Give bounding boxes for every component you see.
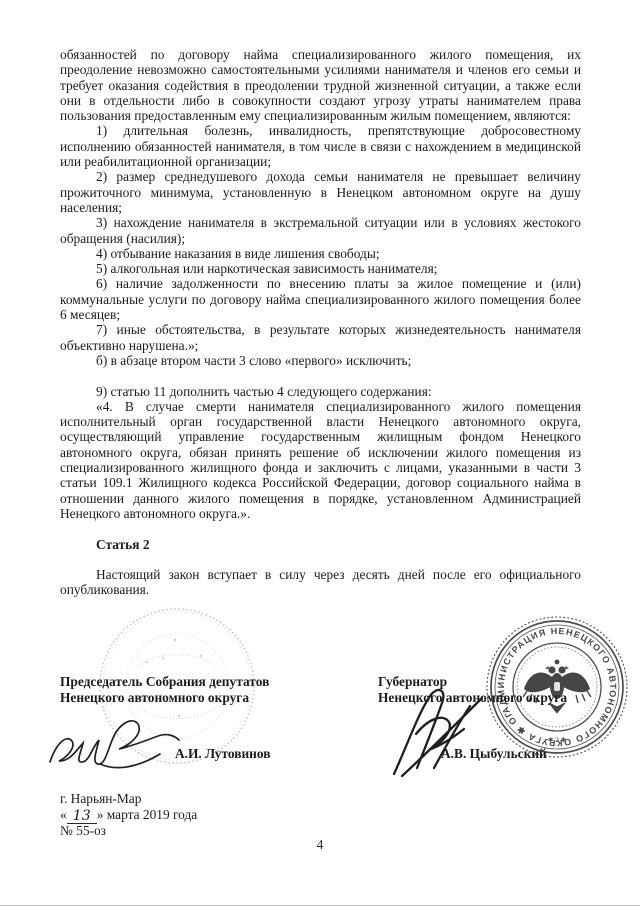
chairman-signature [42, 700, 187, 785]
footer-date: «13» марта 2019 года [60, 807, 197, 823]
footer-doc-number: № 55-оз [60, 823, 197, 839]
governor-signature [386, 686, 491, 781]
document-footer: г. Нарьян-Мар «13» марта 2019 года № 55-… [60, 791, 197, 838]
document-page: обязанностей по договору найма специализ… [0, 0, 640, 906]
paragraph-part4: «4. В случае смерти нанимателя специализ… [60, 399, 581, 521]
handwritten-day: 13 [67, 810, 97, 824]
list-item-6: 6) наличие задолженности по внесению пла… [60, 276, 581, 322]
footer-city: г. Нарьян-Мар [60, 791, 197, 807]
page-number: 4 [0, 837, 640, 853]
list-item-9: 9) статью 11 дополнить частью 4 следующе… [60, 384, 581, 399]
article-2-heading: Статья 2 [60, 537, 581, 552]
chairman-title-line1: Председатель Собрания депутатов [60, 674, 269, 690]
chairman-name: А.И. Лутовинов [175, 746, 271, 762]
list-item-4: 4) отбывание наказания в виде лишения св… [60, 246, 581, 261]
seal-inner-marks: ✱ 2 ✱ [548, 736, 567, 744]
document-body: обязанностей по договору найма специализ… [60, 47, 581, 598]
list-item-1: 1) длительная болезнь, инвалидность, пре… [60, 123, 581, 169]
date-rest: » марта 2019 года [97, 807, 198, 822]
paragraph: обязанностей по договору найма специализ… [60, 47, 581, 123]
list-item-2: 2) размер среднедушевого дохода семьи на… [60, 169, 581, 215]
governor-name: А.В. Цыбульский [441, 746, 547, 762]
list-item-7: 7) иные обстоятельства, в результате кот… [60, 322, 581, 353]
list-item-b: б) в абзаце втором части 3 слово «первог… [60, 353, 581, 368]
date-open-quote: « [60, 807, 67, 822]
closing-paragraph: Настоящий закон вступает в силу через де… [60, 567, 581, 598]
list-item-5: 5) алкогольная или наркотическая зависим… [60, 261, 581, 276]
list-item-3: 3) нахождение нанимателя в экстремальной… [60, 215, 581, 246]
